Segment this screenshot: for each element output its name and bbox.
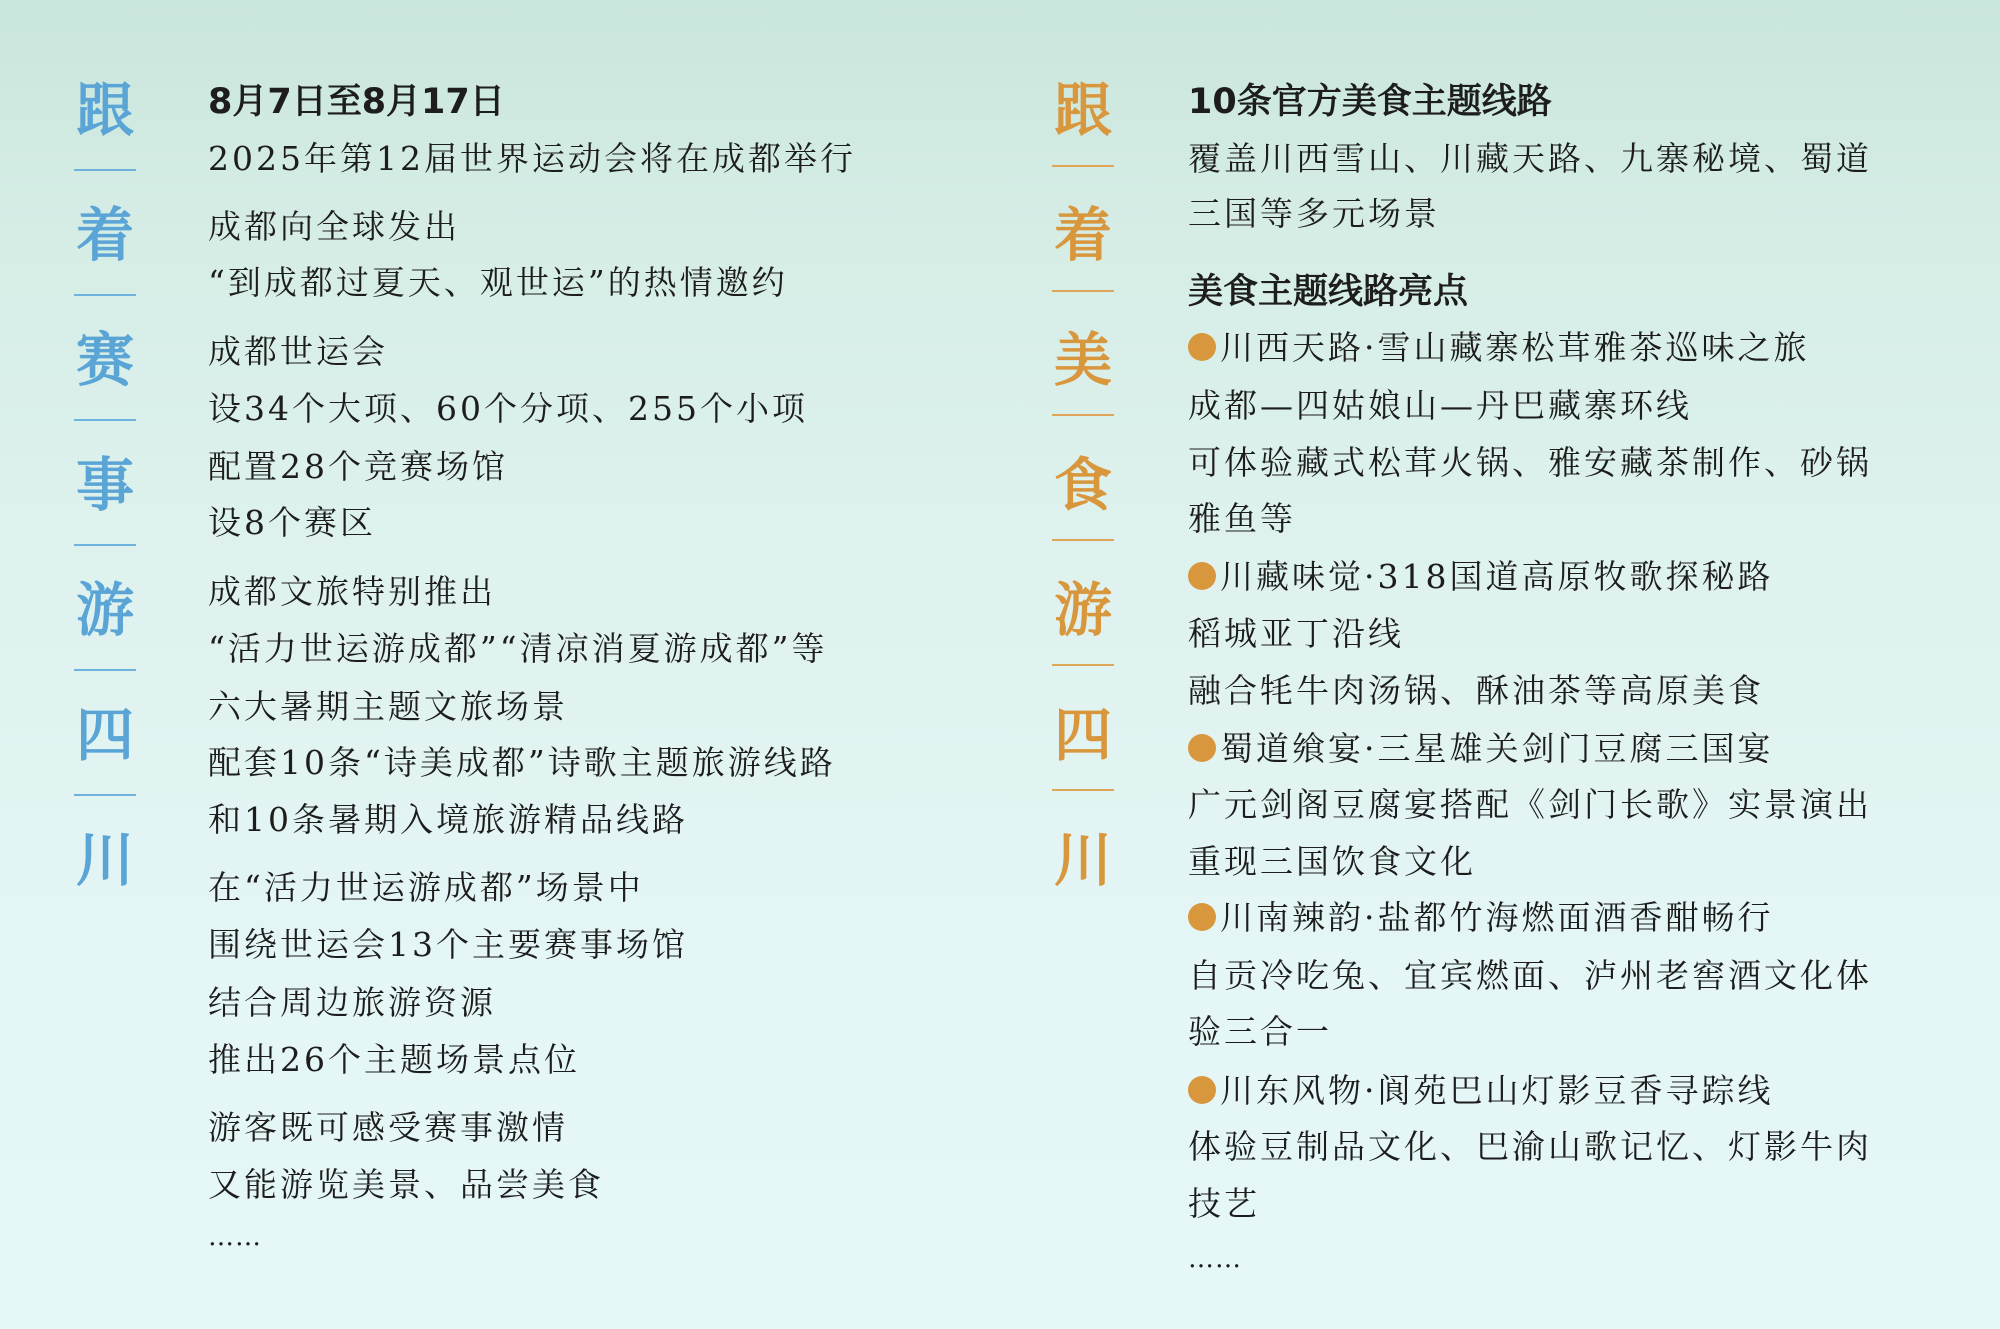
text-line: 验三合一 [1188,1012,1332,1052]
text-line: 和10条暑期入境旅游精品线路 [208,800,688,840]
text-line: 广元剑阁豆腐宴搭配《剑门长歌》实景演出 [1188,785,1872,825]
title-char: 着 [1048,203,1118,267]
route-item: 川南辣韵·盐都竹海燃面酒香酣畅行 [1188,898,1774,938]
title-divider [1052,539,1114,541]
text-line: 成都文旅特别推出 [208,572,496,612]
bullet-dot-icon [1188,903,1216,931]
title-char: 赛 [70,328,140,392]
text-line: “到成都过夏天、观世运”的热情邀约 [208,263,788,303]
title-char: 事 [70,453,140,517]
text-line: “活力世运游成都”“清凉消夏游成都”等 [208,629,827,669]
title-char: 游 [1048,578,1118,642]
text-line: 在“活力世运游成都”场景中 [208,868,644,908]
text-line: 成都—四姑娘山—丹巴藏寨环线 [1188,386,1692,426]
text-line: 重现三国饮食文化 [1188,842,1476,882]
title-char: 跟 [70,78,140,142]
title-char: 川 [1048,828,1118,892]
text-line: 可体验藏式松茸火锅、雅安藏茶制作、砂锅 [1188,443,1872,483]
bullet-dot-icon [1188,734,1216,762]
route-title: 川南辣韵·盐都竹海燃面酒香酣畅行 [1220,898,1774,937]
text-line: 结合周边旅游资源 [208,983,496,1023]
text-line: 三国等多元场景 [1188,194,1440,234]
route-item: 川藏味觉·318国道高原牧歌探秘路 [1188,557,1773,597]
route-title: 川藏味觉·318国道高原牧歌探秘路 [1220,557,1773,596]
text-line: 又能游览美景、品尝美食 [208,1165,604,1205]
title-divider [74,294,136,296]
text-line: 体验豆制品文化、巴渝山歌记忆、灯影牛肉 [1188,1127,1872,1167]
title-divider [1052,664,1114,666]
text-line: 围绕世运会13个主要赛事场馆 [208,925,688,965]
routes-heading: 10条官方美食主题线路 [1188,82,1552,122]
text-line: 配套10条“诗美成都”诗歌主题旅游线路 [208,743,836,783]
title-char: 食 [1048,453,1118,517]
title-divider [74,669,136,671]
title-char: 四 [1048,703,1118,767]
title-divider [1052,789,1114,791]
title-divider [1052,414,1114,416]
text-line: 雅鱼等 [1188,499,1296,539]
title-divider [74,794,136,796]
route-item: 川西天路·雪山藏寨松茸雅茶巡味之旅 [1188,328,1810,368]
highlights-heading: 美食主题线路亮点 [1188,272,1468,312]
route-title: 蜀道飨宴·三星雄关剑门豆腐三国宴 [1220,729,1774,768]
bullet-dot-icon [1188,1076,1216,1104]
title-char: 四 [70,703,140,767]
text-line: 游客既可感受赛事激情 [208,1108,568,1148]
text-line: 2025年第12届世界运动会将在成都举行 [208,139,856,179]
text-line: 稻城亚丁沿线 [1188,614,1404,654]
text-line: 设8个赛区 [208,503,376,543]
bullet-dot-icon [1188,333,1216,361]
text-line: 成都世运会 [208,332,388,372]
title-divider [74,544,136,546]
title-divider [74,419,136,421]
ellipsis: …… [1188,1239,1242,1279]
title-divider [1052,290,1114,292]
text-line: 技艺 [1188,1184,1260,1224]
title-char: 川 [70,828,140,892]
title-divider [74,169,136,171]
title-char: 着 [70,203,140,267]
title-char: 游 [70,578,140,642]
title-char: 跟 [1048,78,1118,142]
route-item: 川东风物·阆苑巴山灯影豆香寻踪线 [1188,1071,1774,1111]
text-line: 推出26个主题场景点位 [208,1040,580,1080]
text-line: 自贡冷吃兔、宜宾燃面、泸州老窖酒文化体 [1188,956,1872,996]
route-title: 川东风物·阆苑巴山灯影豆香寻踪线 [1220,1071,1774,1110]
text-line: 成都向全球发出 [208,207,460,247]
text-line: 融合牦牛肉汤锅、酥油茶等高原美食 [1188,671,1764,711]
title-char: 美 [1048,328,1118,392]
ellipsis: …… [208,1217,262,1257]
route-item: 蜀道飨宴·三星雄关剑门豆腐三国宴 [1188,729,1774,769]
text-line: 设34个大项、60个分项、255个小项 [208,389,808,429]
title-divider [1052,165,1114,167]
event-date-heading: 8月7日至8月17日 [208,82,505,122]
bullet-dot-icon [1188,562,1216,590]
text-line: 配置28个竞赛场馆 [208,447,508,487]
route-title: 川西天路·雪山藏寨松茸雅茶巡味之旅 [1220,328,1810,367]
text-line: 六大暑期主题文旅场景 [208,687,568,727]
text-line: 覆盖川西雪山、川藏天路、九寨秘境、蜀道 [1188,139,1872,179]
